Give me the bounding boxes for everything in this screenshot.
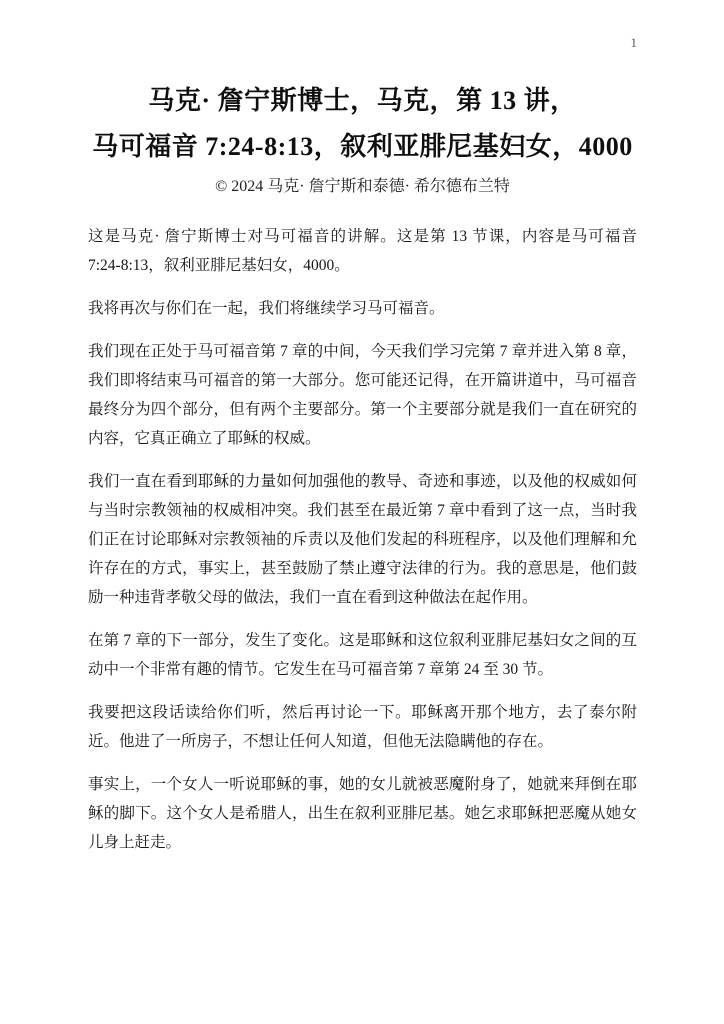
document-title-line2: 马可福音 7:24-8:13，叙利亚腓尼基妇女，4000	[88, 124, 637, 170]
document-title: 马克· 詹宁斯博士，马克，第 13 讲， 马可福音 7:24-8:13，叙利亚腓…	[88, 78, 637, 170]
copyright-line: © 2024 马克· 詹宁斯和泰德· 希尔德布兰特	[88, 176, 637, 198]
document-title-line1: 马克· 詹宁斯博士，马克，第 13 讲，	[88, 78, 637, 124]
page-number: 1	[88, 34, 637, 52]
paragraph: 我们现在正处于马可福音第 7 章的中间，今天我们学习完第 7 章并进入第 8 章…	[88, 337, 637, 453]
paragraph: 这是马克· 詹宁斯博士对马可福音的讲解。这是第 13 节课，内容是马可福音 7:…	[88, 222, 637, 280]
paragraph: 我将再次与你们在一起，我们将继续学习马可福音。	[88, 294, 637, 323]
paragraph: 事实上，一个女人一听说耶稣的事，她的女儿就被恶魔附身了，她就来拜倒在耶稣的脚下。…	[88, 770, 637, 857]
document-page: 1 马克· 詹宁斯博士，马克，第 13 讲， 马可福音 7:24-8:13，叙利…	[0, 0, 724, 1024]
paragraph: 我们一直在看到耶稣的力量如何加强他的教导、奇迹和事迹，以及他的权威如何与当时宗教…	[88, 467, 637, 612]
document-body: 这是马克· 詹宁斯博士对马可福音的讲解。这是第 13 节课，内容是马可福音 7:…	[88, 222, 637, 857]
paragraph: 在第 7 章的下一部分，发生了变化。这是耶稣和这位叙利亚腓尼基妇女之间的互动中一…	[88, 626, 637, 684]
paragraph: 我要把这段话读给你们听，然后再讨论一下。耶稣离开那个地方，去了泰尔附近。他进了一…	[88, 698, 637, 756]
